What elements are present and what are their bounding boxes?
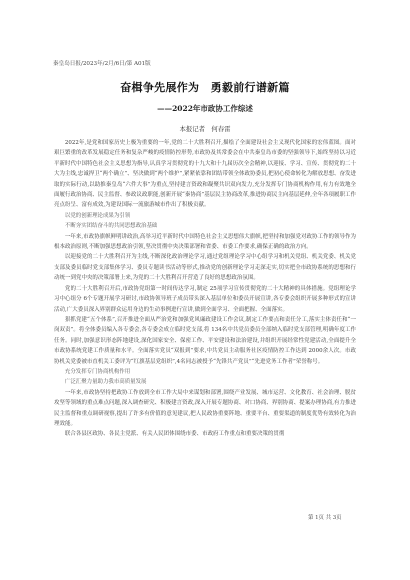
article-subtitle: ——2022年市政协工作综述: [0, 103, 410, 114]
paragraph: 联合各县区政协、各民主党派、有关人民团体围绕市委、市政府工作重点和重要决策的贯彻: [54, 429, 356, 439]
article-body: 2022年,是党和国家历史上极为重要的一年,党的二十大胜利召开,描绘了全面建设社…: [54, 138, 356, 440]
section-heading: 不断夯实团结奋斗的共同思想政治基础: [54, 221, 356, 231]
paragraph: 党的二十大胜利召开后,市政协党组第一时间传达学习,制定 25项学习宣传贯彻党的二…: [54, 284, 356, 315]
section-heading: 广泛汇聚力量助力我市高质量发展: [54, 377, 356, 387]
paragraph: 2022年,是党和国家历史上极为重要的一年,党的二十大胜利召开,描绘了全面建设社…: [54, 138, 356, 211]
document-page: 秦皇岛日报/2023年/2月/6日/第 A01版 奋楫争先展作为 勇毅前行谱新篇…: [0, 0, 410, 580]
byline: 本报记者 何春雷: [0, 124, 410, 133]
section-heading: 充分发挥专门协商机构作用: [54, 367, 356, 377]
source-line: 秦皇岛日报/2023年/2月/6日/第 A01版: [53, 59, 151, 67]
paragraph: 狠抓党建“五个体系”,召开推进全面从严治党和加强党风廉政建设工作会议,制定工作要…: [54, 315, 356, 367]
paragraph: 一年来,市政协坚持把政协工作放到全市工作大局中来谋划和部署,围绕产业发展、城市运…: [54, 388, 356, 430]
section-heading: 以党的创新理论成果为引领: [54, 211, 356, 221]
article-title: 奋楫争先展作为 勇毅前行谱新篇: [0, 79, 410, 95]
page-indicator: 第 1页 共 3页: [308, 513, 342, 521]
paragraph: 一年来,市政协旗帜鲜明讲政治,高举习近平新时代中国特色社会主义思想伟大旗帜,把坚…: [54, 232, 356, 253]
paragraph: 以迎接党的二十大胜利召开为主线,不断深化政治理论学习,通过党组理论学习中心组学习…: [54, 252, 356, 283]
